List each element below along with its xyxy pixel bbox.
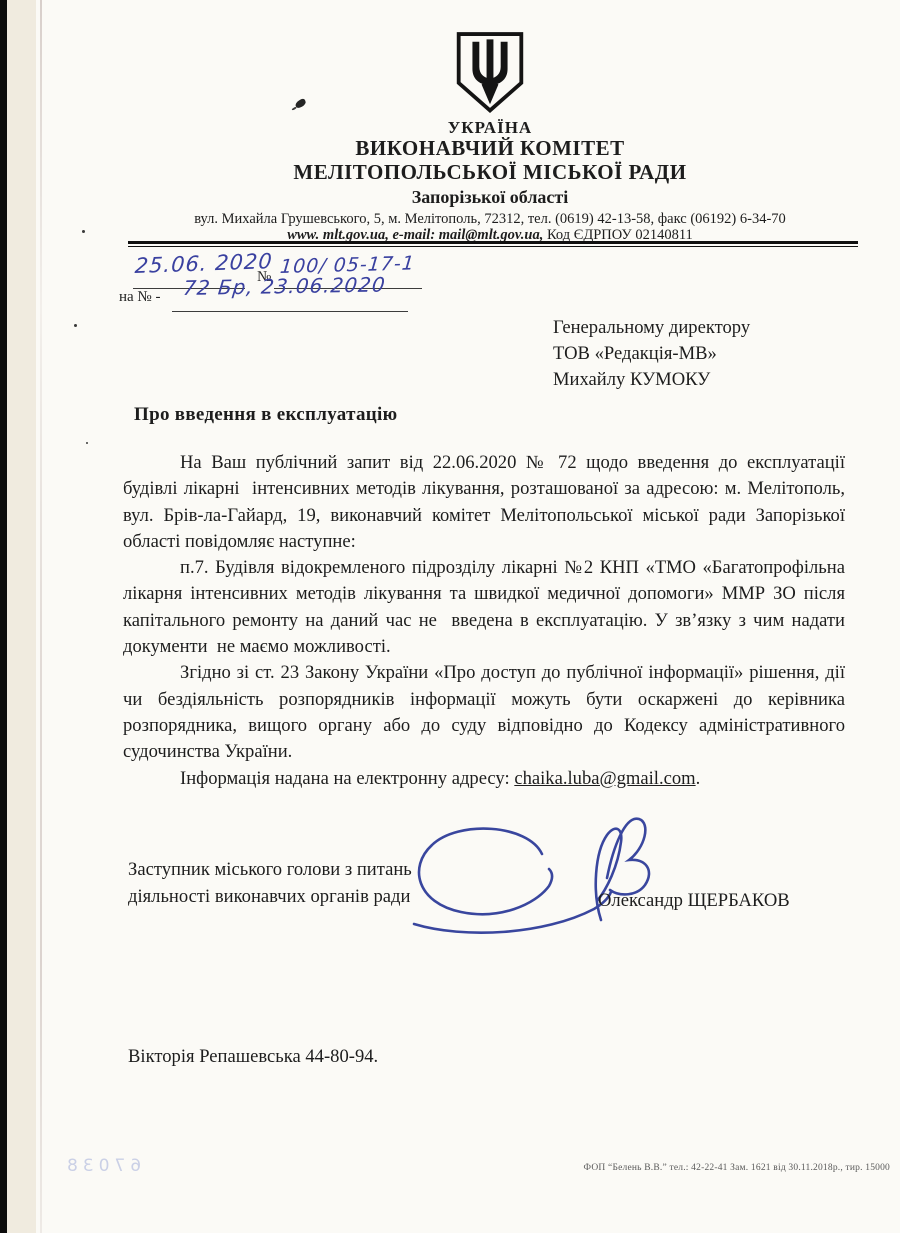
recipient-name: Михайлу КУМОКУ (553, 367, 750, 393)
signer-title-line2: діяльності виконавчих органів ради (128, 883, 412, 910)
recipient-company: ТОВ «Редакція-МВ» (553, 341, 750, 367)
scan-speck (74, 324, 77, 327)
letterhead-divider-thin (128, 246, 858, 247)
email-address: chaika.luba@gmail.com (514, 768, 695, 789)
paragraph-3: Згідно зі ст. 23 Закону України «Про дос… (123, 660, 845, 765)
executor-contact: Вікторія Репашевська 44-80-94. (128, 1046, 378, 1068)
org-region: Запорізької області (120, 187, 860, 207)
org-name-line1: ВИКОНАВЧИЙ КОМІТЕТ (120, 137, 860, 161)
handwritten-date: 25.06. 2020 (134, 249, 274, 278)
signer-name: Олександр ЩЕРБАКОВ (598, 890, 790, 912)
paragraph-2: п.7. Будівля відокремленого підрозділу л… (123, 555, 845, 660)
signer-title: Заступник міського голови з питань діяль… (128, 856, 412, 910)
letterhead: УКРАЇНА ВИКОНАВЧИЙ КОМІТЕТ МЕЛІТОПОЛЬСЬК… (120, 31, 860, 244)
scan-speck (86, 442, 88, 444)
recipient-block: Генеральному директору ТОВ «Редакція-МВ»… (553, 315, 750, 393)
signer-title-line1: Заступник міського голови з питань (128, 856, 412, 883)
email-prefix: Інформація надана на електронну адресу: (180, 768, 514, 789)
ukraine-trident-emblem-icon (446, 31, 534, 115)
handwritten-signature (392, 808, 672, 943)
subject-line: Про введення в експлуатацію (134, 404, 397, 426)
scan-edge-black-strip (0, 0, 7, 1233)
org-address: вул. Михайла Грушевського, 5, м. Мелітоп… (120, 211, 860, 227)
scan-edge-cream-strip (7, 0, 36, 1233)
reply-label: на № - (119, 289, 161, 306)
email-suffix: . (696, 768, 701, 789)
letterhead-divider-thick (128, 241, 858, 244)
paragraph-1: На Ваш публічний запит від 22.06.2020 № … (123, 450, 845, 555)
org-name-line2: МЕЛІТОПОЛЬСЬКОЇ МІСЬКОЇ РАДИ (120, 161, 860, 185)
recipient-title: Генеральному директору (553, 315, 750, 341)
scan-speck (82, 230, 85, 233)
reply-underline (172, 311, 408, 312)
bleedthrough-stamp-number: 67038 (62, 1156, 141, 1176)
scan-scratch-line (40, 0, 42, 1233)
scanned-letter-page: { "colors": { "handwriting_ink": "#3a41a… (0, 0, 900, 1233)
paragraph-4: Інформація надана на електронну адресу: … (123, 766, 845, 792)
country-name: УКРАЇНА (120, 118, 860, 137)
print-shop-footer: ФОП “Белень В.В.” тел.: 42-22-41 Зам. 16… (520, 1163, 890, 1173)
letter-body: На Ваш публічний запит від 22.06.2020 № … (123, 450, 845, 792)
handwritten-reply-number: 72 Бр, 23.06.2020 (182, 272, 387, 300)
